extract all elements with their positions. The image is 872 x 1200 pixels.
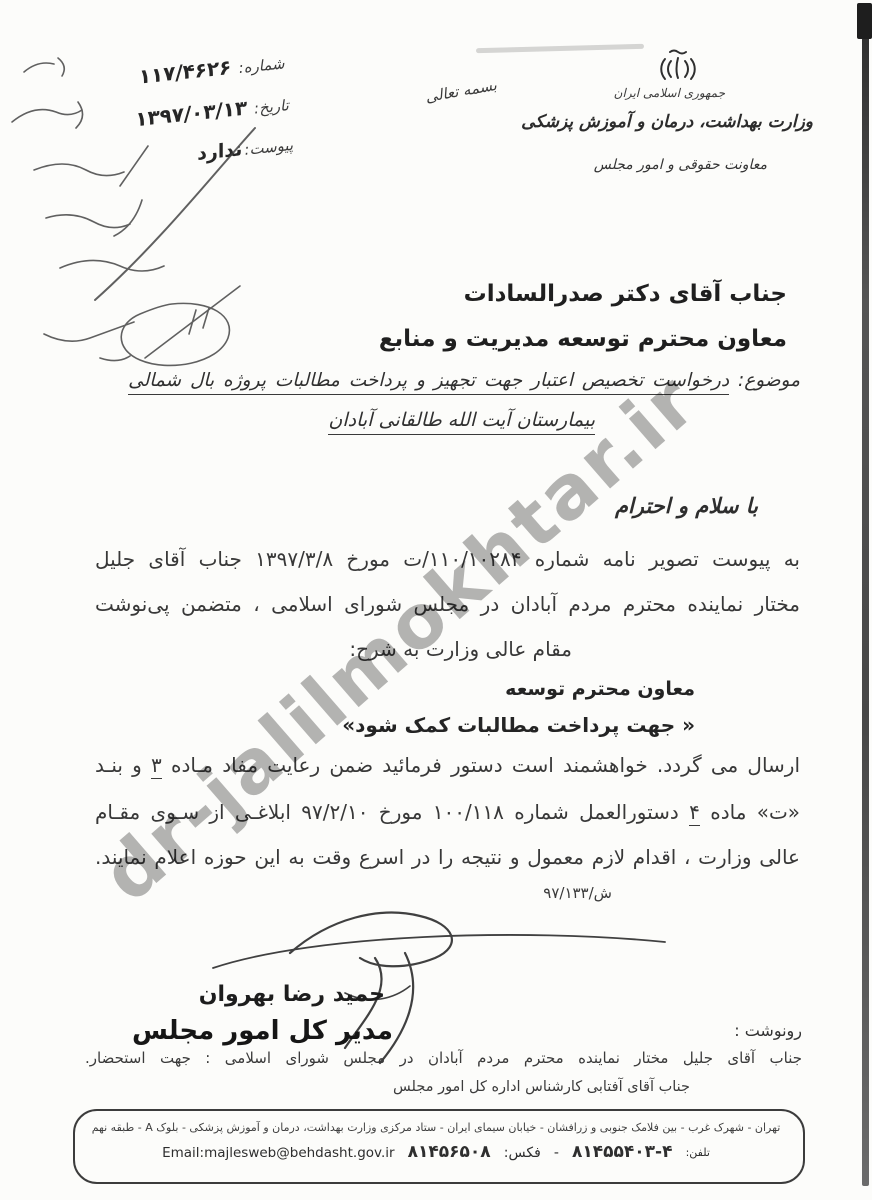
- contact-separator: -: [554, 1145, 559, 1161]
- handwritten-annotations: [0, 42, 400, 382]
- letterhead-department: معاونت حقوقی و امور مجلس: [594, 157, 767, 173]
- phone-label: تلفن:: [686, 1146, 710, 1159]
- footer-contact-line: تلفن: ۴-۸۱۴۵۵۴۰۳ - فکس: ۸۱۴۵۶۵۰۸ Email:m…: [90, 1142, 782, 1162]
- body-line-4: ارسال می گردد. خواهشمند است دستور فرمائی…: [95, 753, 800, 777]
- addressee-title: معاون محترم توسعه مدیریت و منابع: [379, 317, 787, 362]
- signatory-name: حمید رضا بهروان: [199, 982, 385, 1007]
- addressee-block: جناب آقای دکتر صدرالسادات معاون محترم تو…: [379, 272, 787, 362]
- fax-label: فکس:: [504, 1145, 541, 1161]
- phone-value: ۴-۸۱۴۵۵۴۰۳: [572, 1142, 672, 1162]
- body-line-4-post: و بنـد: [95, 753, 142, 777]
- copy-item-2: جناب آقای آفتابی کارشناس اداره کل امور م…: [393, 1079, 690, 1095]
- scan-edge-shadow: [862, 6, 869, 1186]
- copy-item-1: جناب آقای جلیل مختار نماینده محترم مردم …: [85, 1049, 802, 1067]
- quote-text: « جهت پرداخت مطالبات کمک شود»: [342, 713, 695, 737]
- subject-text: درخواست تخصیص اعتبار جهت تجهیز و پرداخت …: [128, 370, 729, 395]
- email-address: Email:majlesweb@behdasht.gov.ir: [162, 1145, 395, 1161]
- body-line-3: مقام عالی وزارت به شرح:: [349, 637, 572, 661]
- body-line-1: به پیوست تصویر نامه شماره ۱۱۰/۱۰۲۸۴/ت مو…: [95, 547, 800, 571]
- body-line-4-pre: ارسال می گردد. خواهشمند است دستور فرمائی…: [171, 753, 800, 777]
- subject-line-2: بیمارستان آیت الله طالقانی آبادان: [328, 409, 595, 431]
- iran-national-emblem-icon: [656, 48, 700, 84]
- subject-label: موضوع:: [738, 370, 800, 391]
- quote-intro: معاون محترم توسعه: [505, 678, 695, 700]
- scanned-letter-page: شماره: ۱۱۷/۴۶۲۶ تاریخ: ۱۳۹۷/۰۳/۱۳ پیوست:…: [0, 0, 872, 1200]
- subject-line-1: موضوع: درخواست تخصیص اعتبار جهت تجهیز و …: [95, 370, 800, 391]
- body-line-5-pre: «ت» ماده: [710, 800, 800, 824]
- body-line-5-post: دستورالعمل شماره ۱۰۰/۱۱۸ مورخ ۹۷/۲/۱۰ اب…: [95, 800, 679, 824]
- letterhead-ministry: وزارت بهداشت، درمان و آموزش پزشکی: [521, 112, 813, 132]
- letterhead-country: جمهوری اسلامی ایران: [614, 86, 725, 100]
- footer-address: تهران - شهرک غرب - بین فلامک جنوبی و زرا…: [90, 1121, 782, 1134]
- scan-smudge: [476, 44, 644, 53]
- subject-text-2: بیمارستان آیت الله طالقانی آبادان: [328, 409, 595, 435]
- body-line-5: «ت» ماده ۴ دستورالعمل شماره ۱۰۰/۱۱۸ مورخ…: [95, 800, 800, 824]
- signatory-title: مدیر کل امور مجلس: [132, 1016, 393, 1046]
- scan-corner-artifact: [857, 3, 872, 39]
- article-number-3: ۳: [151, 753, 162, 779]
- fax-value: ۸۱۴۵۶۵۰۸: [408, 1142, 491, 1162]
- salutation-text: با سلام و احترام: [615, 494, 758, 518]
- article-number-4: ۴: [689, 800, 700, 826]
- besmele-text: بسمه تعالی: [424, 76, 498, 106]
- addressee-name: جناب آقای دکتر صدرالسادات: [379, 272, 787, 317]
- body-line-2: مختار نماینده محترم مردم آبادان در مجلس …: [95, 592, 800, 616]
- copies-label: رونوشت :: [734, 1021, 802, 1040]
- body-line-6: عالی وزارت ، اقدام لازم معمول و نتیجه را…: [95, 845, 800, 869]
